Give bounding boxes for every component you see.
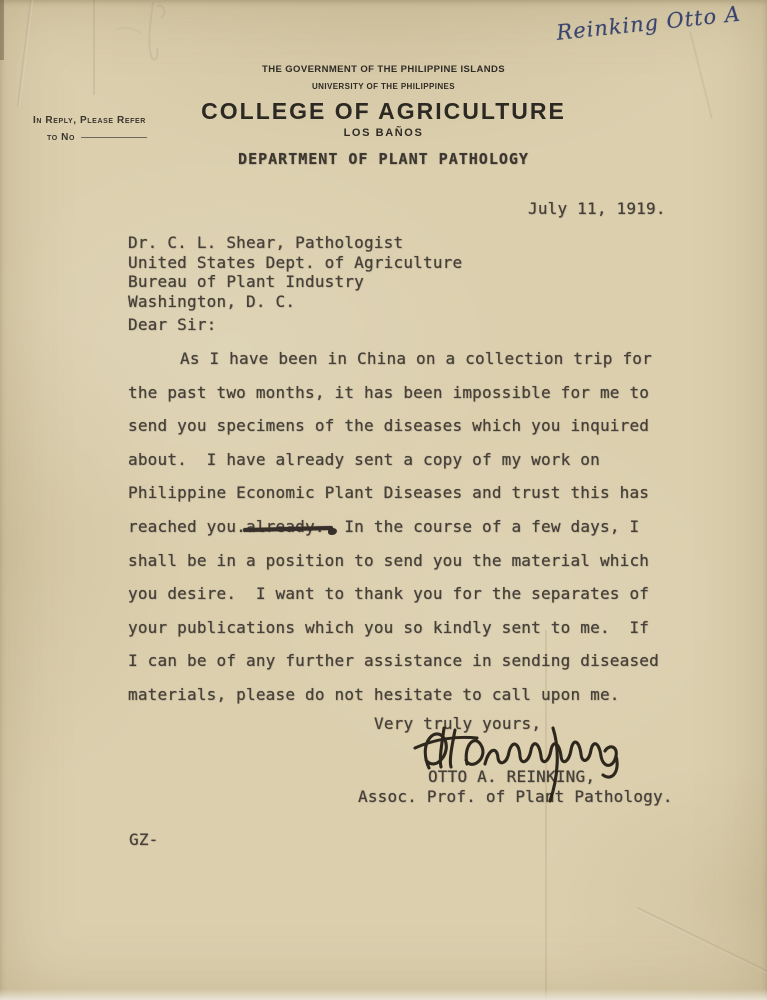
address-line: United States Dept. of Agriculture <box>128 253 462 273</box>
body-text: In the course of a few days, I <box>325 517 640 536</box>
body-text: I can be of any further assistance in se… <box>128 651 659 670</box>
signature-script <box>405 706 645 806</box>
body-text: As I have been in China on a collection … <box>180 349 652 368</box>
salutation: Dear Sir: <box>128 315 217 334</box>
body-line: your publications which you so kindly se… <box>128 618 668 652</box>
letterhead-government: THE GOVERNMENT OF THE PHILIPPINE ISLANDS <box>0 64 767 75</box>
recipient-address-block: Dr. C. L. Shear, PathologistUnited State… <box>128 233 462 311</box>
body-line: I can be of any further assistance in se… <box>128 651 668 685</box>
body-text: shall be in a position to send you the m… <box>128 551 649 570</box>
body-line: shall be in a position to send you the m… <box>128 551 668 585</box>
body-text: you desire. I want to thank you for the … <box>128 584 649 603</box>
paper-crease <box>636 907 767 984</box>
body-text: materials, please do not hesitate to cal… <box>128 685 620 704</box>
body-text: your publications which you so kindly se… <box>128 618 649 637</box>
ink-ghost-marks <box>95 0 175 90</box>
scan-bottom-strip <box>0 989 767 1000</box>
letterhead-university: UNIVERSITY OF THE PHILIPPINES <box>0 82 767 91</box>
body-text: Philippine Economic Plant Diseases and t… <box>128 483 649 502</box>
scanned-letter-page: Reinking Otto A In Reply, Please Refer t… <box>0 0 767 1000</box>
body-line: the past two months, it has been impossi… <box>128 383 668 417</box>
letter-body: As I have been in China on a collection … <box>128 349 668 719</box>
body-line: about. I have already sent a copy of my … <box>128 450 668 484</box>
letterhead-college: COLLEGE OF AGRICULTURE <box>0 98 767 125</box>
address-line: Bureau of Plant Industry <box>128 272 462 292</box>
body-line: As I have been in China on a collection … <box>128 349 668 383</box>
body-line: you desire. I want to thank you for the … <box>128 584 668 618</box>
typist-initials: GZ- <box>129 830 159 849</box>
address-line: Dr. C. L. Shear, Pathologist <box>128 233 462 253</box>
body-text: the past two months, it has been impossi… <box>128 383 649 402</box>
body-text: send you specimens of the diseases which… <box>128 416 649 435</box>
letterhead-location: LOS BAÑOS <box>0 127 767 139</box>
body-text: about. I have already sent a copy of my … <box>128 450 600 469</box>
date-line: July 11, 1919. <box>528 199 666 218</box>
body-line: reached you.already. In the course of a … <box>128 517 668 551</box>
body-text: reached you. <box>128 517 246 536</box>
body-line: Philippine Economic Plant Diseases and t… <box>128 483 668 517</box>
letterhead-department: DEPARTMENT OF PLANT PATHOLOGY <box>0 150 767 168</box>
handwritten-annotation: Reinking Otto A <box>555 0 766 45</box>
struck-text: already. <box>246 517 325 536</box>
scan-edge-shadow <box>0 0 4 60</box>
body-line: send you specimens of the diseases which… <box>128 416 668 450</box>
address-line: Washington, D. C. <box>128 292 462 312</box>
